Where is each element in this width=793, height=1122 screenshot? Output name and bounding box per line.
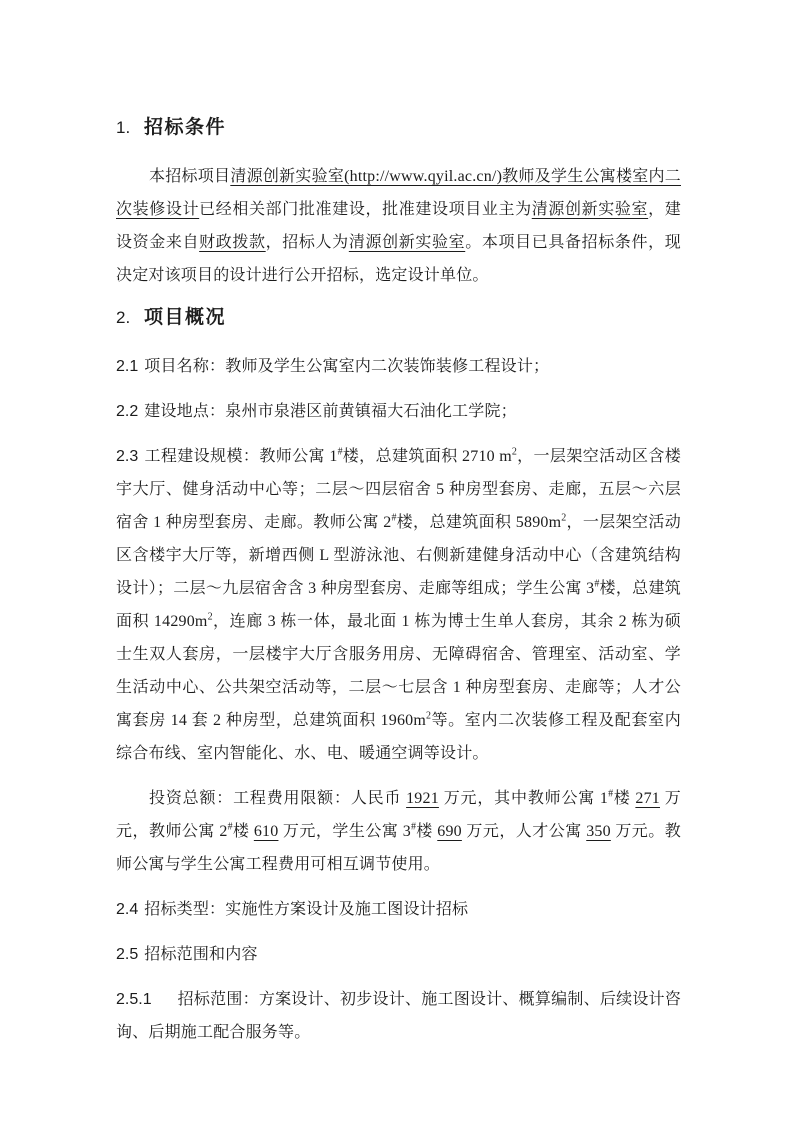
document-page: 1.招标条件 本招标项目清源创新实验室(http://www.qyil.ac.c…	[0, 0, 793, 1122]
section-2-heading: 2.项目概况	[116, 306, 681, 329]
text-segment: 楼	[613, 790, 635, 807]
talent-apartment-amount: 350	[586, 823, 611, 840]
text-segment: 楼	[416, 823, 437, 840]
investment-paragraph: 投资总额：工程费用限额：人民币 1921 万元，其中教师公寓 1#楼 271 万…	[116, 782, 681, 881]
text-segment: 楼，总建筑面积 5890m	[396, 514, 561, 531]
tenderer-name: 清源创新实验室	[349, 234, 465, 251]
text-segment: 已经相关部门批准建设，批准建设项目业主为	[199, 201, 532, 218]
total-budget-amount: 1921	[406, 790, 439, 807]
item-number: 2.2	[116, 403, 138, 420]
text-segment: 万元，人才公寓	[462, 823, 586, 840]
item-text: 建设地点：泉州市泉港区前黄镇福大石油化工学院；	[144, 403, 517, 420]
item-number: 2.5	[116, 946, 138, 963]
text-segment: 万元，学生公寓 3	[278, 823, 411, 840]
item-number: 2.5.1	[116, 991, 152, 1008]
section-1-paragraph: 本招标项目清源创新实验室(http://www.qyil.ac.cn/)教师及学…	[116, 160, 681, 292]
item-number: 2.4	[116, 901, 138, 918]
item-2-4-tender-type: 2.4招标类型：实施性方案设计及施工图设计招标	[116, 893, 681, 926]
building-3-amount: 690	[437, 823, 462, 840]
item-2-2-location: 2.2建设地点：泉州市泉港区前黄镇福大石油化工学院；	[116, 395, 681, 428]
item-2-1-project-name: 2.1项目名称：教师及学生公寓室内二次装饰装修工程设计；	[116, 350, 681, 383]
item-2-5-1-scope-detail: 2.5.1招标范围：方案设计、初步设计、施工图设计、概算编制、后续设计咨询、后期…	[116, 983, 681, 1049]
building-1-amount: 271	[635, 790, 660, 807]
text-segment: 楼，总建筑面积 2710 m	[343, 448, 512, 465]
item-text: 项目名称：教师及学生公寓室内二次装饰装修工程设计；	[144, 358, 549, 375]
text-segment: 投资总额：工程费用限额：人民币	[149, 790, 406, 807]
item-text: 招标类型：实施性方案设计及施工图设计招标	[144, 901, 468, 918]
funding-source: 财政拨款	[199, 234, 266, 251]
project-owner-name: 清源创新实验室	[532, 201, 648, 218]
item-2-5-scope-heading: 2.5招标范围和内容	[116, 938, 681, 971]
item-number: 2.3	[116, 448, 138, 465]
building-2-amount: 610	[254, 823, 279, 840]
item-2-3-construction-scale: 2.3工程建设规模：教师公寓 1#楼，总建筑面积 2710 m2，一层架空活动区…	[116, 440, 681, 770]
section-2-number: 2.	[116, 306, 144, 329]
section-1-title: 招标条件	[144, 117, 226, 138]
section-1-heading: 1.招标条件	[116, 116, 681, 139]
text-segment: 工程建设规模：教师公寓 1	[144, 448, 337, 465]
text-segment: 万元，其中教师公寓 1	[439, 790, 608, 807]
section-2-title: 项目概况	[144, 307, 226, 328]
item-text: 招标范围和内容	[144, 946, 257, 963]
item-number: 2.1	[116, 358, 138, 375]
item-text: 招标范围：方案设计、初步设计、施工图设计、概算编制、后续设计咨询、后期施工配合服…	[116, 991, 681, 1041]
section-1-number: 1.	[116, 116, 144, 139]
text-segment: ，招标人为	[266, 234, 349, 251]
text-segment: 楼	[233, 823, 254, 840]
text-segment: 本招标项目	[149, 168, 230, 185]
